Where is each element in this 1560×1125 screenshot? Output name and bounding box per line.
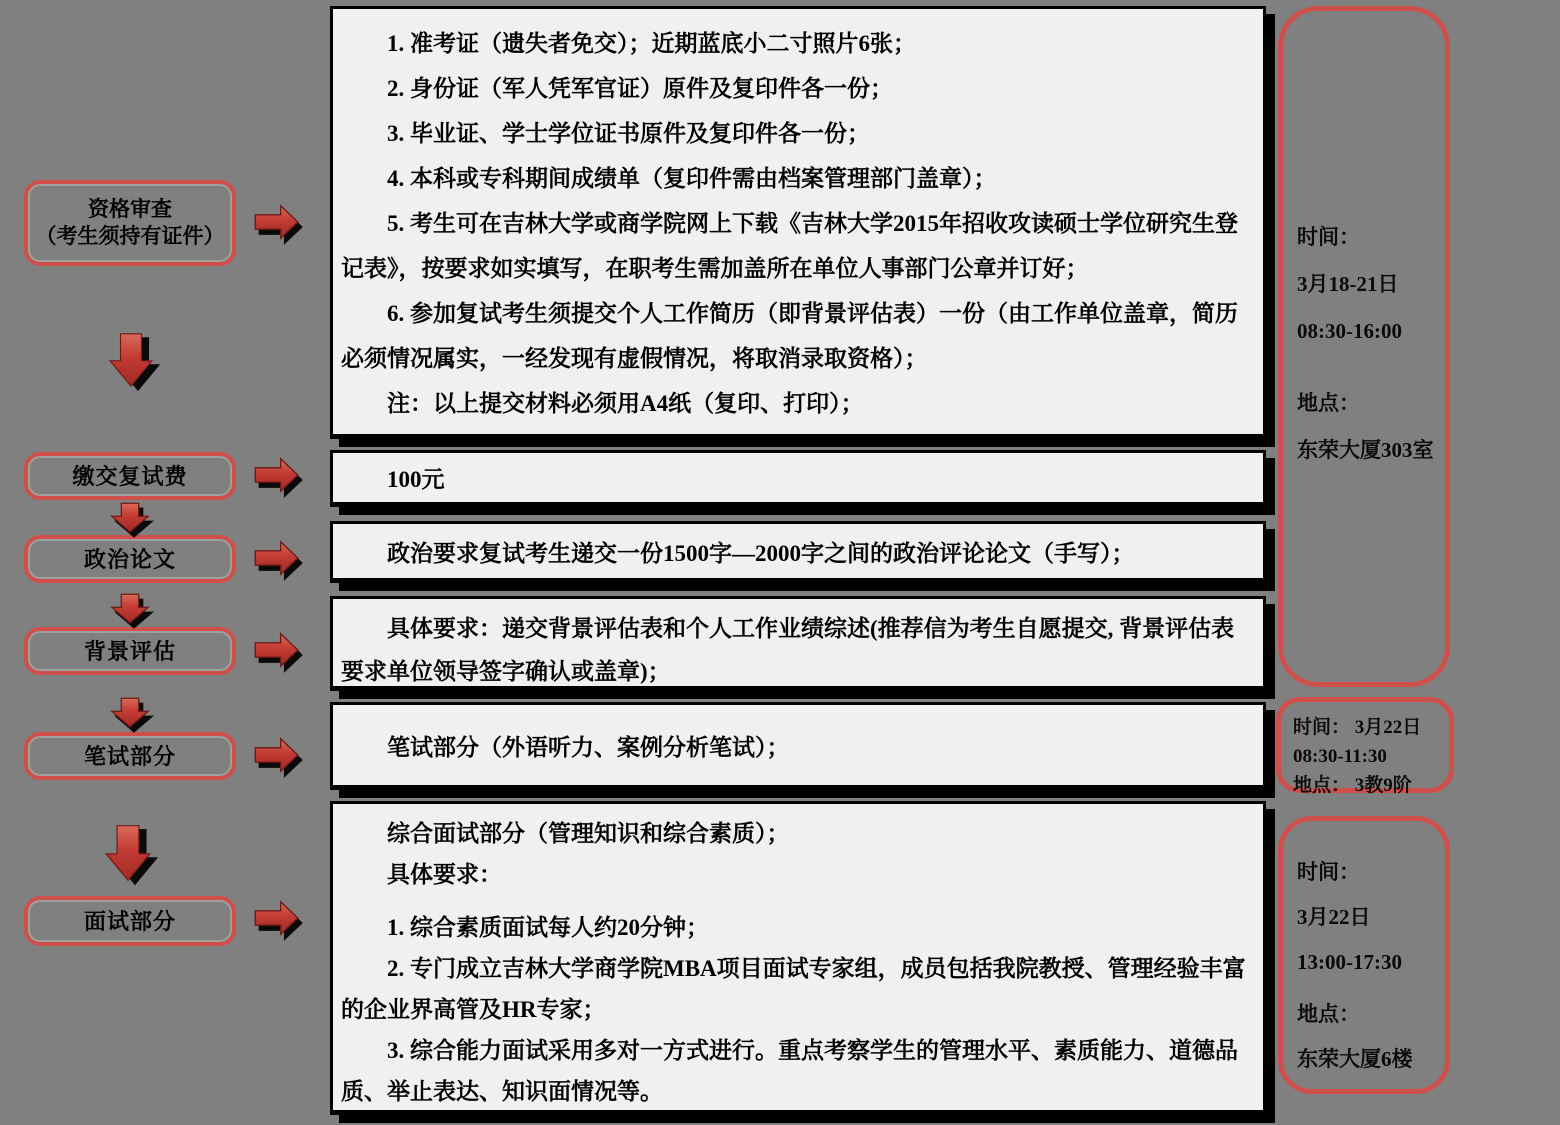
step-label: 缴交复试费	[72, 463, 187, 490]
date-value: 3月22日	[1297, 895, 1445, 940]
block-arrow-down-icon	[110, 501, 150, 535]
block-arrow-right-icon	[252, 736, 302, 774]
interview-item: 1. 综合素质面试每人约20分钟；	[341, 907, 1255, 948]
panel-fee-amount: 100元	[330, 450, 1266, 507]
materials-item: 1. 准考证（遗失者免交）；近期蓝底小二寸照片6张；	[341, 21, 1255, 66]
step-node-background-assessment: 背景评估	[24, 627, 236, 675]
step-label: 政治论文	[84, 546, 176, 573]
block-arrow-right-icon	[252, 203, 302, 241]
materials-item: 3. 毕业证、学士学位证书原件及复印件各一份；	[341, 111, 1255, 156]
schedule-box-written-test: 时间： 3月22日 08:30-11:30 地点： 3教9阶	[1276, 697, 1454, 793]
materials-note: 注：以上提交材料必须用A4纸（复印、打印）；	[341, 381, 1255, 426]
interview-item: 具体要求：	[341, 854, 1255, 895]
written-test-detail: 笔试部分（外语听力、案例分析笔试）；	[341, 729, 790, 762]
place-value: 东荣大厦303室	[1297, 427, 1445, 474]
step-node-qualification-review: 资格审查 （考生须持有证件）	[24, 180, 236, 266]
panel-interview-detail: 综合面试部分（管理知识和综合素质）； 具体要求： 1. 综合素质面试每人约20分…	[330, 801, 1266, 1115]
place-label: 地点：	[1297, 992, 1445, 1037]
time-line: 时间： 3月22日	[1293, 713, 1449, 742]
place-label: 地点：	[1297, 380, 1445, 427]
panel-political-essay-detail: 政治要求复试考生递交一份1500字—2000字之间的政治评论论文（手写）；	[330, 521, 1266, 583]
block-arrow-down-icon	[110, 592, 150, 626]
materials-item: 5. 考生可在吉林大学或商学院网上下载《吉林大学2015年招收攻读硕士学位研究生…	[341, 201, 1255, 291]
panel-background-assessment-detail: 具体要求：递交背景评估表和个人工作业绩综述(推荐信为考生自愿提交, 背景评估表要…	[330, 596, 1266, 691]
step-label: 面试部分	[84, 908, 176, 935]
panel-written-test-detail: 笔试部分（外语听力、案例分析笔试）；	[330, 702, 1266, 790]
block-arrow-down-icon	[110, 696, 150, 730]
block-arrow-right-icon	[252, 539, 302, 577]
block-arrow-down-icon	[107, 324, 155, 396]
block-arrow-right-icon	[252, 631, 302, 669]
block-arrow-right-icon	[252, 899, 302, 937]
time-range: 08:30-11:30	[1293, 742, 1449, 771]
step-sublabel: （考生须持有证件）	[36, 223, 225, 250]
step-label: 背景评估	[84, 638, 176, 665]
schedule-box-interview: 时间： 3月22日 13:00-17:30 地点： 东荣大厦6楼	[1278, 816, 1450, 1094]
date-value: 3月18-21日	[1297, 261, 1445, 308]
schedule-box-registration: 时间： 3月18-21日 08:30-16:00 地点： 东荣大厦303室	[1278, 6, 1450, 687]
time-value: 08:30-16:00	[1297, 308, 1445, 355]
step-label: 资格审查	[88, 196, 172, 223]
step-node-written-test: 笔试部分	[24, 732, 236, 780]
materials-item: 4. 本科或专科期间成绩单（复印件需由档案管理部门盖章）；	[341, 156, 1255, 201]
place-line: 地点： 3教9阶	[1293, 771, 1449, 800]
step-label: 笔试部分	[84, 743, 176, 770]
interview-item: 3. 综合能力面试采用多对一方式进行。重点考察学生的管理水平、素质能力、道德品质…	[341, 1030, 1255, 1112]
step-node-interview: 面试部分	[24, 896, 236, 946]
interview-item: 综合面试部分（管理知识和综合素质）；	[341, 813, 1255, 854]
admission-flowchart: 资格审查 （考生须持有证件） 缴交复试费 政治论文 背景评估 笔试部分 面试部分	[0, 0, 1560, 1125]
time-label: 时间：	[1297, 850, 1445, 895]
time-value: 13:00-17:30	[1297, 940, 1445, 985]
background-requirement: 具体要求：递交背景评估表和个人工作业绩综述(推荐信为考生自愿提交, 背景评估表要…	[341, 607, 1255, 693]
step-node-political-essay: 政治论文	[24, 535, 236, 583]
block-arrow-right-icon	[252, 456, 302, 494]
step-node-pay-fee: 缴交复试费	[24, 452, 236, 500]
fee-amount: 100元	[341, 461, 445, 494]
materials-item: 2. 身份证（军人凭军官证）原件及复印件各一份；	[341, 66, 1255, 111]
panel-qualification-materials: 1. 准考证（遗失者免交）；近期蓝底小二寸照片6张； 2. 身份证（军人凭军官证…	[330, 6, 1266, 439]
politics-requirement: 政治要求复试考生递交一份1500字—2000字之间的政治评论论文（手写）；	[341, 535, 1135, 568]
interview-item: 2. 专门成立吉林大学商学院MBA项目面试专家组，成员包括我院教授、管理经验丰富…	[341, 948, 1255, 1030]
block-arrow-down-icon	[103, 817, 153, 889]
materials-item: 6. 参加复试考生须提交个人工作简历（即背景评估表）一份（由工作单位盖章，简历必…	[341, 291, 1255, 381]
time-label: 时间：	[1297, 214, 1445, 261]
place-value: 东荣大厦6楼	[1297, 1037, 1445, 1082]
